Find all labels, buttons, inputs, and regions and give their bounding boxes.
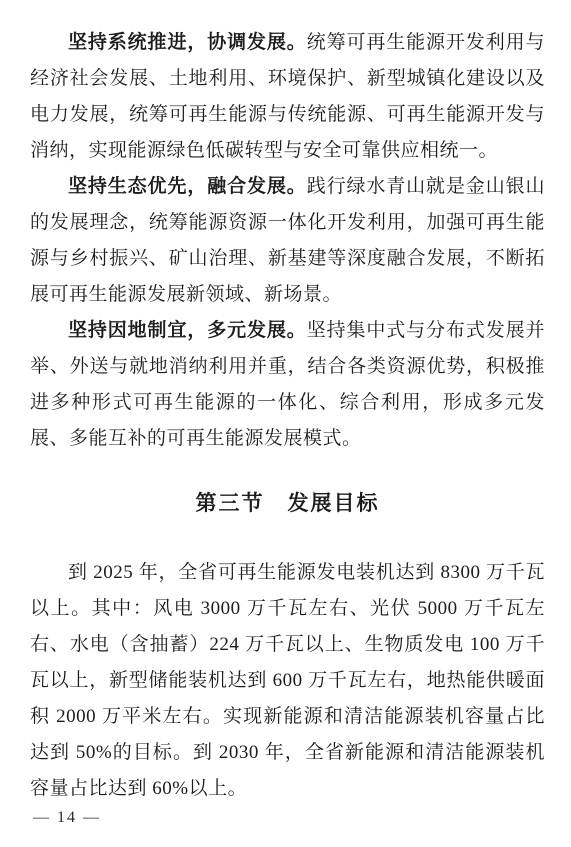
paragraph-system-advance: 坚持系统推进，协调发展。统筹可再生能源开发利用与经济社会发展、土地利用、环境保护… [30,25,545,169]
paragraph-system-advance-lead: 坚持系统推进，协调发展。 [68,32,307,53]
paragraph-local-conditions: 坚持因地制宜，多元发展。坚持集中式与分布式发展并举、外送与就地消纳利用并重，结合… [30,313,545,457]
document-page: 坚持系统推进，协调发展。统筹可再生能源开发利用与经济社会发展、土地利用、环境保护… [0,0,571,847]
paragraph-local-conditions-lead: 坚持因地制宜，多元发展。 [68,320,307,341]
section-heading: 第三节 发展目标 [30,485,545,521]
paragraph-development-goals: 到 2025 年，全省可再生能源发电装机达到 8300 万千瓦以上。其中：风电 … [30,555,545,807]
page-number: — 14 — [33,809,101,827]
paragraph-ecology-first: 坚持生态优先，融合发展。践行绿水青山就是金山银山的发展理念，统筹能源资源一体化开… [30,169,545,313]
paragraph-ecology-first-lead: 坚持生态优先，融合发展。 [68,176,307,197]
